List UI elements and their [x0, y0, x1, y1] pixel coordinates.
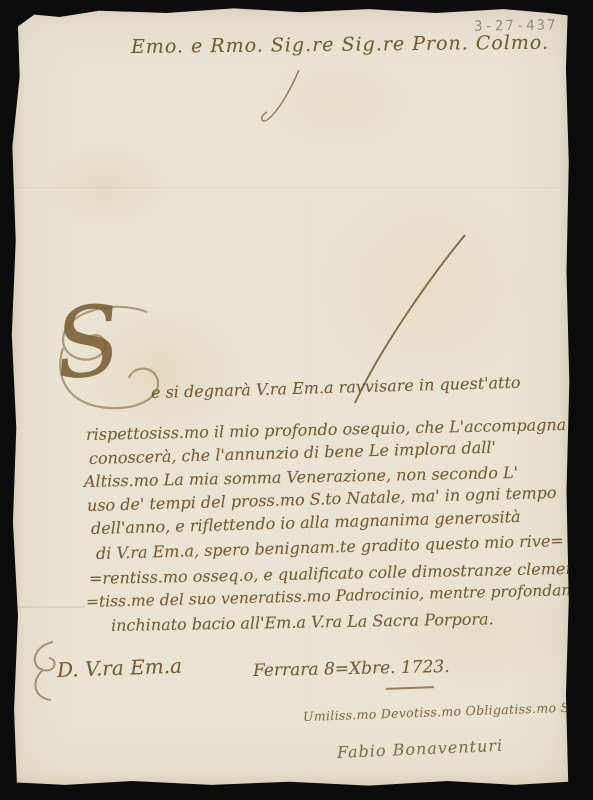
- body-line: inchinato bacio all'Em.a V.ra La Sacra P…: [111, 609, 494, 635]
- left-margin-crease: [15, 606, 85, 608]
- letter-paper: 3-27-437 Emo. e Rmo. Sig.re Sig.re Pron.…: [9, 6, 571, 788]
- horizontal-fold-crease: [15, 187, 563, 190]
- signature-name: Fabio Bonaventuri: [337, 736, 504, 762]
- closing-formula: D. V.ra Em.a: [57, 654, 183, 682]
- signature-titles: Umiliss.mo Devotiss.mo Obligatiss.mo Ser…: [303, 698, 593, 724]
- date-underline: [386, 686, 434, 690]
- initial-s-swash: [49, 302, 169, 422]
- letter-salutation-header: Emo. e Rmo. Sig.re Sig.re Pron. Colmo.: [131, 32, 511, 58]
- photo-of-letter: { "photo": { "catalog_number": "3-27-437…: [0, 0, 593, 800]
- header-descender-flourish: [259, 68, 319, 128]
- dateline: Ferrara 8=Xbre. 1723.: [253, 657, 450, 681]
